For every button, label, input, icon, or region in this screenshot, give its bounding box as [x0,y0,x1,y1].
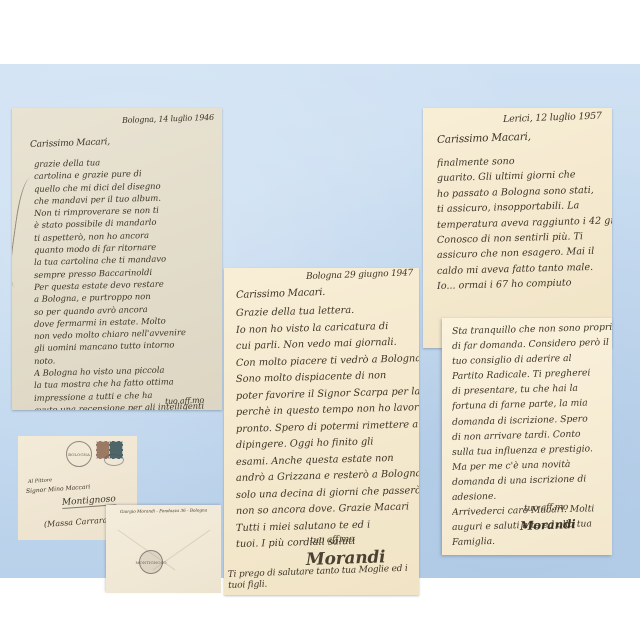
letter-signature: Morandi [520,517,576,533]
envelope-address-line: (Massa Carrara) [44,515,111,529]
envelope-address-line: Signor Mino Maccari [26,484,91,495]
letter-1957-page-2: Sta tranquillo che non sono propriodi fa… [442,318,612,555]
letter-body: grazie della tuacartolina e grazie pure … [12,158,222,410]
letter-postscript: Ti prego di salutare tanto tua Moglie ed… [228,564,414,592]
letter-closing: tuo aff.mo [310,534,355,546]
letter-1957-page-1: Lerici, 12 luglio 1957 Carissimo Macari,… [423,108,612,348]
letter-date: Bologna, 14 luglio 1946 [122,113,214,125]
letter-body: Sta tranquillo che non sono propriodi fa… [442,324,612,550]
letter-closing: tuo aff.mo [524,502,569,514]
letter-bologna-1947: Bologna 29 giugno 1947 Carissimo Macari.… [224,268,419,595]
envelope-address-line: Al Pittore [28,477,53,485]
stamp-cancellation [104,454,124,466]
letter-greeting: Carissimo Macari, [437,131,531,146]
letter-date: Lerici, 12 luglio 1957 [503,111,602,125]
letter-date: Bologna 29 giugno 1947 [306,268,414,282]
envelope-sender: Giorgio Morandi - Fondazza 36 - Bologna [120,507,207,514]
letter-greeting: Carissimo Macari. [236,287,326,301]
letter-body: finalmente sonoguarito. Gli ultimi giorn… [423,156,612,295]
postmark: BOLOGNA [66,441,92,467]
letter-greeting: Carissimo Macari, [30,137,110,150]
letter-line: Famiglia. [452,531,612,550]
letter-signature: tuo aff.mo [165,396,204,406]
letter-line: Io... ormai i 67 ho compiuto [437,275,612,295]
letter-body: Grazie della tua lettera.Io non ho visto… [224,306,419,554]
envelope-back: Giorgio Morandi - Fondazza 36 - Bologna … [106,505,221,593]
letter-bologna-1946: Bologna, 14 luglio 1946 Carissimo Macari… [12,108,222,410]
postmark: MONTIGNOSO [139,550,163,574]
